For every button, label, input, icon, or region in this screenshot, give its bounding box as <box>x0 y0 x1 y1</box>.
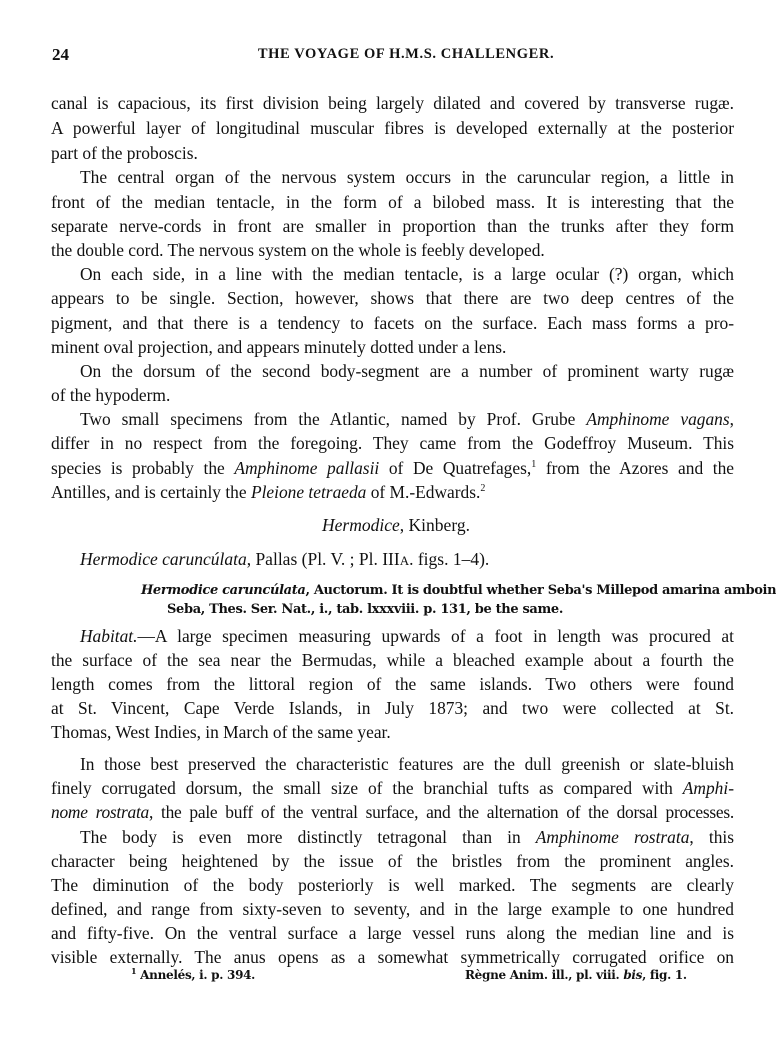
body-line: appears to be single. Section, however, … <box>51 286 734 310</box>
footnote-ref[interactable]: 2 <box>480 483 485 494</box>
synonymy-line: Hermodice caruncúlata, Auctorum. It is d… <box>141 581 733 600</box>
document-page: 24 THE VOYAGE OF H.M.S. CHALLENGER. cana… <box>0 0 776 1050</box>
body-line: the double cord. The nervous system on t… <box>51 238 734 262</box>
body-line: On each side, in a line with the median … <box>80 262 734 286</box>
body-line: nome rostrata, the pale buff of the vent… <box>51 800 734 824</box>
body-line: differ in no respect from the foregoing.… <box>51 431 734 455</box>
body-line: defined, and range from sixty-seven to s… <box>51 897 734 921</box>
body-line: species is probably the Amphinome pallas… <box>51 456 734 480</box>
taxon-name: Hermodice caruncúlata <box>141 583 305 598</box>
body-line: finely corrugated dorsum, the small size… <box>51 776 734 800</box>
footnote-2: Règne Anim. ill., pl. viii. bis, fig. 1. <box>465 968 687 982</box>
body-line: Two small specimens from the Atlantic, n… <box>80 407 734 431</box>
body-line: the surface of the sea near the Bermudas… <box>51 648 734 672</box>
body-line: canal is capacious, its first division b… <box>51 91 734 115</box>
body-line: of the hypoderm. <box>51 383 734 407</box>
species-heading: Hermodice caruncúlata, Pallas (Pl. V. ; … <box>80 549 489 570</box>
body-line: minent oval projection, and appears minu… <box>51 335 734 359</box>
body-line: On the dorsum of the second body-segment… <box>80 359 734 383</box>
running-title: THE VOYAGE OF H.M.S. CHALLENGER. <box>52 46 732 63</box>
genus-author: , Kinberg. <box>400 515 470 535</box>
synonymy-line: Seba, Thes. Ser. Nat., i., tab. lxxxviii… <box>167 600 759 619</box>
genus-heading: Hermodice, Kinberg. <box>0 515 776 536</box>
body-line: Antilles, and is certainly the Pleione t… <box>51 480 734 504</box>
body-line: pigment, and that there is a tendency to… <box>51 311 734 335</box>
taxon-name: Amphi- <box>683 778 734 798</box>
body-line: at St. Vincent, Cape Verde Islands, in J… <box>51 696 734 720</box>
footnote-1: 1 Annelés, i. p. 394. <box>131 968 255 982</box>
body-line: separate nerve-cords in front are smalle… <box>51 214 734 238</box>
taxon-name: Amphinome rostrata <box>536 827 690 847</box>
body-line: In those best preserved the characterist… <box>80 752 734 776</box>
species-name: Hermodice caruncúlata <box>80 549 247 569</box>
genus-name: Hermodice <box>322 515 400 535</box>
body-line: Thomas, West Indies, in March of the sam… <box>51 720 734 744</box>
body-line: The body is even more distinctly tetrago… <box>80 825 734 849</box>
body-line: Habitat.—A large specimen measuring upwa… <box>80 624 734 648</box>
body-line: length comes from the littoral region of… <box>51 672 734 696</box>
body-line: A powerful layer of longitudinal muscula… <box>51 116 734 140</box>
taxon-name: Amphinome vagans <box>586 409 729 429</box>
running-head: 24 THE VOYAGE OF H.M.S. CHALLENGER. <box>52 45 732 67</box>
body-line: The diminution of the body posteriorly i… <box>51 873 734 897</box>
body-line: and fifty-five. On the ventral surface a… <box>51 921 734 945</box>
taxon-name: Pleione tetraeda <box>251 482 366 502</box>
taxon-name: Amphinome pallasii <box>234 458 379 478</box>
body-line: part of the proboscis. <box>51 141 734 165</box>
body-line: front of the median tentacle, in the for… <box>51 190 734 214</box>
body-line: character being heightened by the issue … <box>51 849 734 873</box>
body-line: visible externally. The anus opens as a … <box>51 945 734 969</box>
taxon-name: nome rostrata <box>51 802 149 822</box>
habitat-label: Habitat. <box>80 626 138 646</box>
body-line: The central organ of the nervous system … <box>80 165 734 189</box>
